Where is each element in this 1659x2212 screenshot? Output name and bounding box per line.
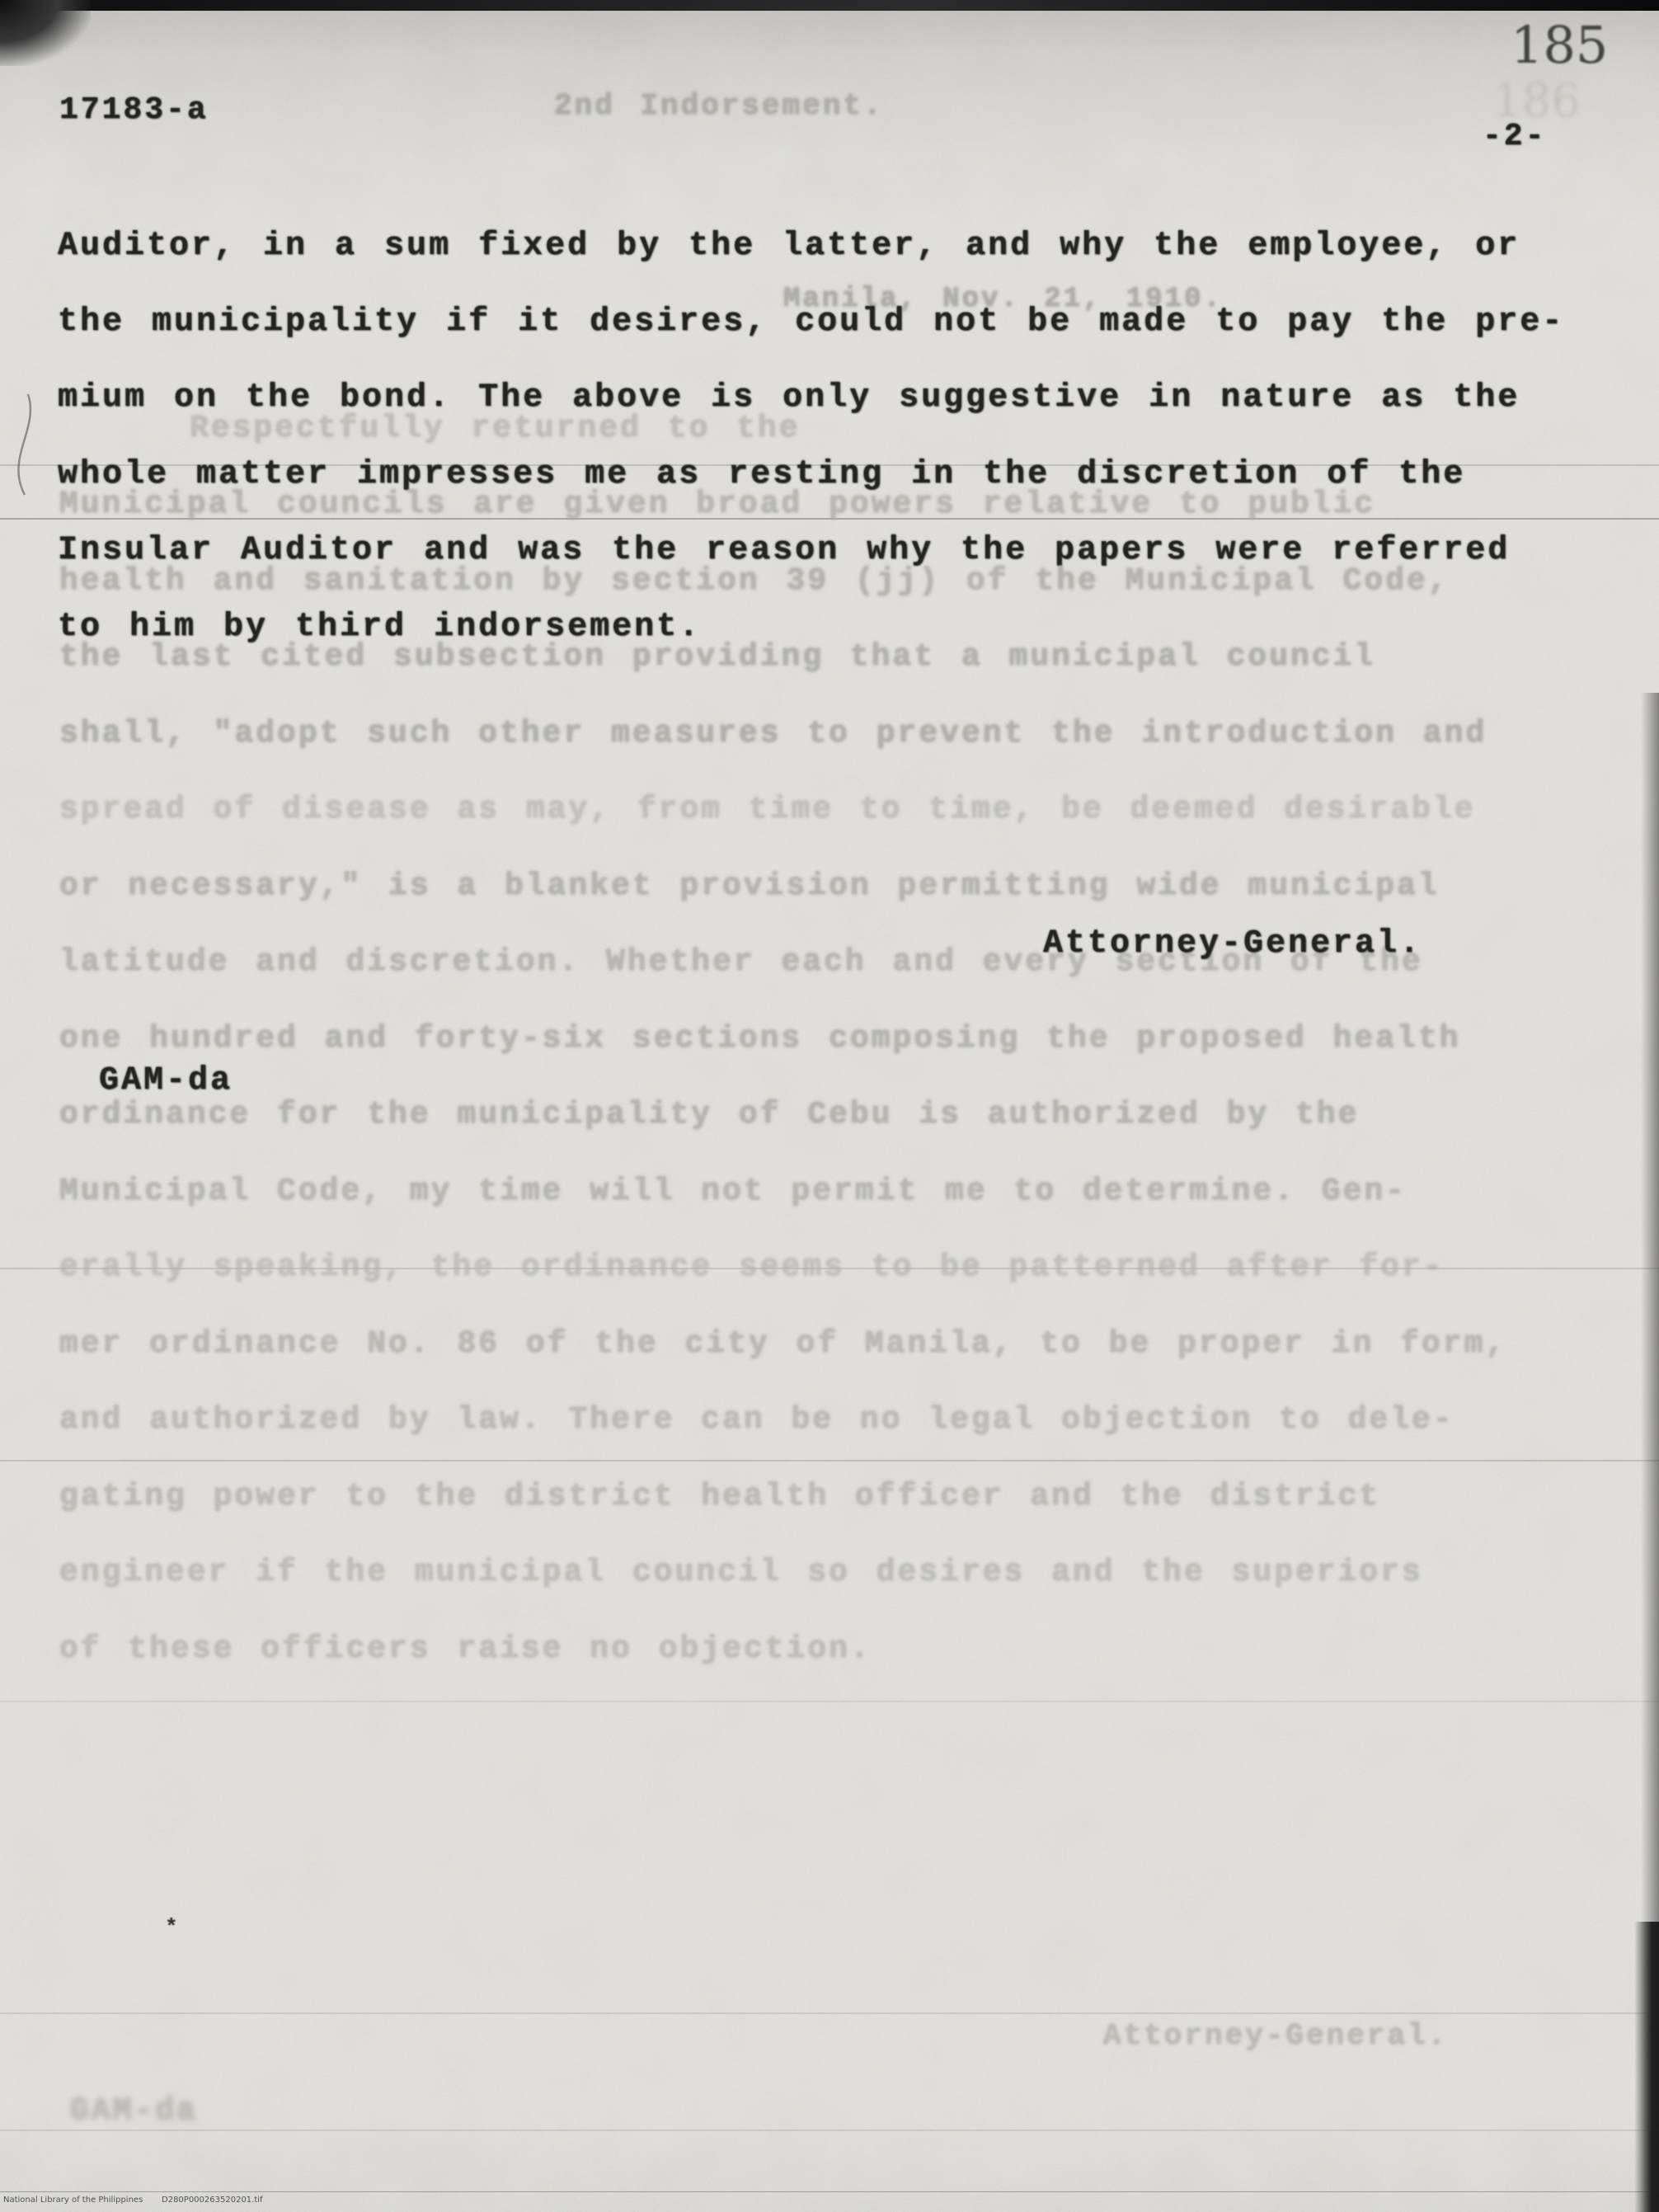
scanned-document-page: 185 186 17183-a 2nd Indorsement. -2- Man… bbox=[0, 0, 1659, 2212]
ghost-body-line: erally speaking, the ordinance seems to … bbox=[59, 1250, 1445, 1285]
ghost-body-line: engineer if the municipal council so des… bbox=[59, 1555, 1423, 1590]
scan-line bbox=[0, 2130, 1659, 2131]
page-marker: -2- bbox=[1483, 119, 1546, 154]
scan-line bbox=[0, 2012, 1659, 2014]
ink-blot: * bbox=[165, 1915, 178, 1940]
stenographer-initials: GAM-da bbox=[99, 1062, 233, 1099]
ghost-body-line: of these officers raise no objection. bbox=[59, 1631, 872, 1667]
ghost-body-line: mer ordinance No. 86 of the city of Mani… bbox=[59, 1326, 1506, 1362]
ghost-body-line: Respectfully returned to the bbox=[190, 411, 801, 446]
ghost-body-line: shall, "adopt such other measures to pre… bbox=[59, 716, 1487, 751]
ghost-signature-attorney-general: Attorney-General. bbox=[1103, 2019, 1448, 2053]
ghost-body-line: spread of disease as may, from time to t… bbox=[59, 792, 1475, 827]
ghost-body-line: Municipal councils are given broad power… bbox=[59, 487, 1375, 522]
ghost-body-line: gating power to the district health offi… bbox=[59, 1479, 1380, 1514]
ghost-body-line: or necessary," is a blanket provision pe… bbox=[59, 868, 1440, 904]
document-number: 17183-a bbox=[59, 92, 209, 128]
ghost-body-line: health and sanitation by section 39 (jj)… bbox=[59, 563, 1450, 599]
ghost-header-indorsement: 2nd Indorsement. bbox=[554, 89, 884, 123]
ghost-body-line: the last cited subsection providing that… bbox=[59, 639, 1375, 675]
signature-attorney-general: Attorney-General. bbox=[1043, 925, 1422, 962]
ghost-body-line: and authorized by law. There can be no l… bbox=[59, 1402, 1455, 1438]
printed-page-number: 185 bbox=[1511, 15, 1608, 75]
scan-corner-shadow bbox=[0, 0, 91, 66]
body-line: Auditor, in a sum fixed by the latter, a… bbox=[58, 228, 1520, 265]
ghost-body-line: one hundred and forty-six sections compo… bbox=[59, 1021, 1460, 1057]
scan-line bbox=[0, 2191, 1659, 2192]
scan-right-edge-shadow-lower bbox=[1634, 1922, 1659, 2212]
scan-line bbox=[0, 1701, 1659, 1702]
ghost-body-line: Municipal Code, my time will not permit … bbox=[59, 1174, 1407, 1209]
scan-top-edge bbox=[0, 0, 1659, 11]
ghost-stenographer-initials: GAM-da bbox=[70, 2093, 198, 2129]
ghost-body-line: ordinance for the municipality of Cebu i… bbox=[59, 1097, 1359, 1132]
footer-library-caption: National Library of the Philippines bbox=[3, 2196, 143, 2205]
footer-file-code: D280P000263520201.tif bbox=[162, 2196, 263, 2205]
body-line: the municipality if it desires, could no… bbox=[58, 304, 1564, 341]
scan-line bbox=[0, 1460, 1659, 1461]
